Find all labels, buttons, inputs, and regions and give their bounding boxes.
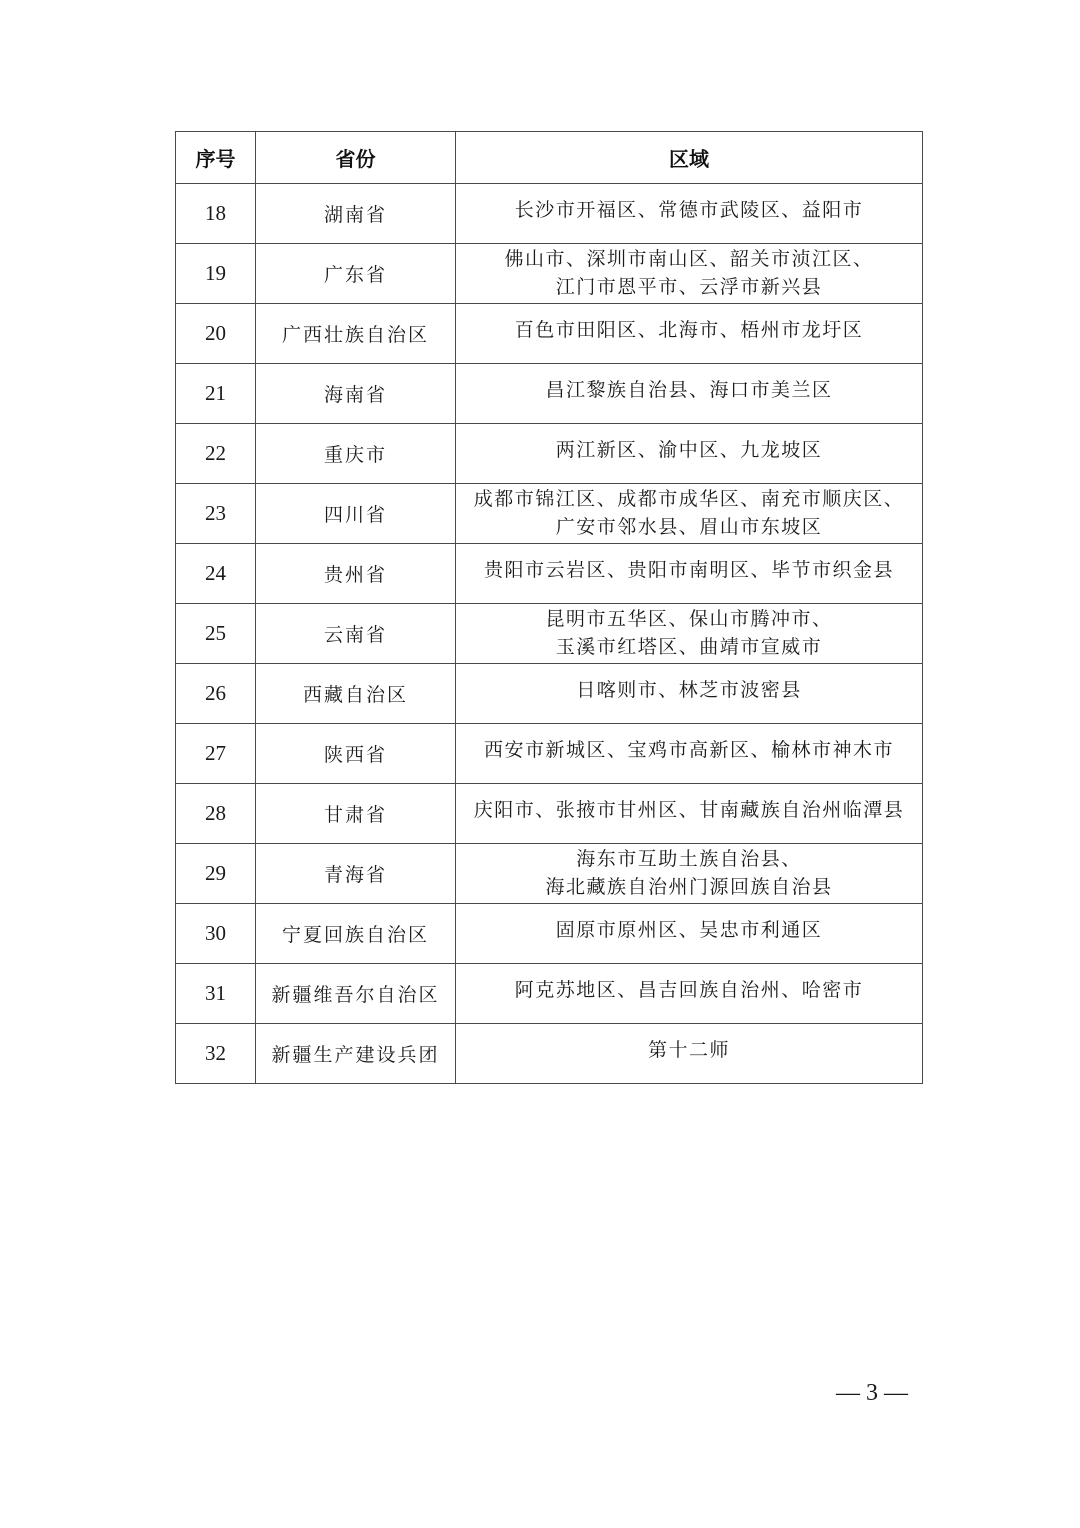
table-row: 27 陕西省 西安市新城区、宝鸡市高新区、榆林市神木市 xyxy=(176,724,923,784)
region-line: 佛山市、深圳市南山区、韶关市浈江区、 xyxy=(456,245,922,273)
row-region: 固原市原州区、吴忠市利通区 xyxy=(456,904,923,964)
row-number: 18 xyxy=(176,184,256,244)
region-line: 阿克苏地区、昌吉回族自治州、哈密市 xyxy=(456,976,922,1004)
row-number: 22 xyxy=(176,424,256,484)
region-line: 昆明市五华区、保山市腾冲市、 xyxy=(456,605,922,633)
row-province: 广东省 xyxy=(256,244,456,304)
row-province: 广西壮族自治区 xyxy=(256,304,456,364)
row-number: 25 xyxy=(176,604,256,664)
table-row: 31 新疆维吾尔自治区 阿克苏地区、昌吉回族自治州、哈密市 xyxy=(176,964,923,1024)
table-row: 18 湖南省 长沙市开福区、常德市武陵区、益阳市 xyxy=(176,184,923,244)
row-province: 宁夏回族自治区 xyxy=(256,904,456,964)
row-region: 百色市田阳区、北海市、梧州市龙圩区 xyxy=(456,304,923,364)
region-line: 长沙市开福区、常德市武陵区、益阳市 xyxy=(456,196,922,224)
row-province: 陕西省 xyxy=(256,724,456,784)
region-table: 序号 省份 区域 18 湖南省 长沙市开福区、常德市武陵区、益阳市 19 广东省… xyxy=(175,131,923,1084)
table-row: 19 广东省 佛山市、深圳市南山区、韶关市浈江区、江门市恩平市、云浮市新兴县 xyxy=(176,244,923,304)
table-header-row: 序号 省份 区域 xyxy=(176,132,923,184)
row-province: 云南省 xyxy=(256,604,456,664)
page-number: — 3 — xyxy=(826,1380,918,1407)
header-province: 省份 xyxy=(256,132,456,184)
table-row: 21 海南省 昌江黎族自治县、海口市美兰区 xyxy=(176,364,923,424)
table-row: 22 重庆市 两江新区、渝中区、九龙坡区 xyxy=(176,424,923,484)
region-line: 海北藏族自治州门源回族自治县 xyxy=(456,873,922,901)
row-number: 24 xyxy=(176,544,256,604)
header-no: 序号 xyxy=(176,132,256,184)
table-row: 32 新疆生产建设兵团 第十二师 xyxy=(176,1024,923,1084)
row-region: 第十二师 xyxy=(456,1024,923,1084)
region-line: 贵阳市云岩区、贵阳市南明区、毕节市织金县 xyxy=(456,556,922,584)
row-province: 西藏自治区 xyxy=(256,664,456,724)
row-province: 新疆生产建设兵团 xyxy=(256,1024,456,1084)
table-row: 20 广西壮族自治区 百色市田阳区、北海市、梧州市龙圩区 xyxy=(176,304,923,364)
region-line: 第十二师 xyxy=(456,1036,922,1064)
row-number: 30 xyxy=(176,904,256,964)
row-number: 27 xyxy=(176,724,256,784)
region-line: 海东市互助土族自治县、 xyxy=(456,845,922,873)
table-row: 28 甘肃省 庆阳市、张掖市甘州区、甘南藏族自治州临潭县 xyxy=(176,784,923,844)
region-line: 玉溪市红塔区、曲靖市宣威市 xyxy=(456,633,922,661)
row-number: 31 xyxy=(176,964,256,1024)
row-region: 阿克苏地区、昌吉回族自治州、哈密市 xyxy=(456,964,923,1024)
row-province: 青海省 xyxy=(256,844,456,904)
region-line: 两江新区、渝中区、九龙坡区 xyxy=(456,436,922,464)
region-line: 日喀则市、林芝市波密县 xyxy=(456,676,922,704)
row-region: 昌江黎族自治县、海口市美兰区 xyxy=(456,364,923,424)
row-region: 庆阳市、张掖市甘州区、甘南藏族自治州临潭县 xyxy=(456,784,923,844)
table-row: 30 宁夏回族自治区 固原市原州区、吴忠市利通区 xyxy=(176,904,923,964)
row-region: 成都市锦江区、成都市成华区、南充市顺庆区、广安市邻水县、眉山市东坡区 xyxy=(456,484,923,544)
table-row: 24 贵州省 贵阳市云岩区、贵阳市南明区、毕节市织金县 xyxy=(176,544,923,604)
table-row: 23 四川省 成都市锦江区、成都市成华区、南充市顺庆区、广安市邻水县、眉山市东坡… xyxy=(176,484,923,544)
row-region: 西安市新城区、宝鸡市高新区、榆林市神木市 xyxy=(456,724,923,784)
row-number: 20 xyxy=(176,304,256,364)
table-row: 26 西藏自治区 日喀则市、林芝市波密县 xyxy=(176,664,923,724)
row-region: 海东市互助土族自治县、海北藏族自治州门源回族自治县 xyxy=(456,844,923,904)
row-province: 湖南省 xyxy=(256,184,456,244)
row-province: 重庆市 xyxy=(256,424,456,484)
row-number: 21 xyxy=(176,364,256,424)
row-region: 两江新区、渝中区、九龙坡区 xyxy=(456,424,923,484)
row-region: 贵阳市云岩区、贵阳市南明区、毕节市织金县 xyxy=(456,544,923,604)
table-row: 29 青海省 海东市互助土族自治县、海北藏族自治州门源回族自治县 xyxy=(176,844,923,904)
row-province: 贵州省 xyxy=(256,544,456,604)
region-line: 固原市原州区、吴忠市利通区 xyxy=(456,916,922,944)
row-province: 海南省 xyxy=(256,364,456,424)
row-number: 26 xyxy=(176,664,256,724)
row-number: 23 xyxy=(176,484,256,544)
row-province: 新疆维吾尔自治区 xyxy=(256,964,456,1024)
region-line: 广安市邻水县、眉山市东坡区 xyxy=(456,513,922,541)
region-line: 江门市恩平市、云浮市新兴县 xyxy=(456,273,922,301)
row-province: 四川省 xyxy=(256,484,456,544)
row-region: 昆明市五华区、保山市腾冲市、玉溪市红塔区、曲靖市宣威市 xyxy=(456,604,923,664)
row-number: 19 xyxy=(176,244,256,304)
header-region: 区域 xyxy=(456,132,923,184)
region-line: 昌江黎族自治县、海口市美兰区 xyxy=(456,376,922,404)
region-line: 成都市锦江区、成都市成华区、南充市顺庆区、 xyxy=(456,485,922,513)
row-region: 佛山市、深圳市南山区、韶关市浈江区、江门市恩平市、云浮市新兴县 xyxy=(456,244,923,304)
row-number: 29 xyxy=(176,844,256,904)
region-line: 百色市田阳区、北海市、梧州市龙圩区 xyxy=(456,316,922,344)
row-region: 日喀则市、林芝市波密县 xyxy=(456,664,923,724)
region-line: 庆阳市、张掖市甘州区、甘南藏族自治州临潭县 xyxy=(456,796,922,824)
table-row: 25 云南省 昆明市五华区、保山市腾冲市、玉溪市红塔区、曲靖市宣威市 xyxy=(176,604,923,664)
row-region: 长沙市开福区、常德市武陵区、益阳市 xyxy=(456,184,923,244)
region-line: 西安市新城区、宝鸡市高新区、榆林市神木市 xyxy=(456,736,922,764)
row-province: 甘肃省 xyxy=(256,784,456,844)
document-page: 序号 省份 区域 18 湖南省 长沙市开福区、常德市武陵区、益阳市 19 广东省… xyxy=(0,0,1080,1528)
row-number: 28 xyxy=(176,784,256,844)
row-number: 32 xyxy=(176,1024,256,1084)
